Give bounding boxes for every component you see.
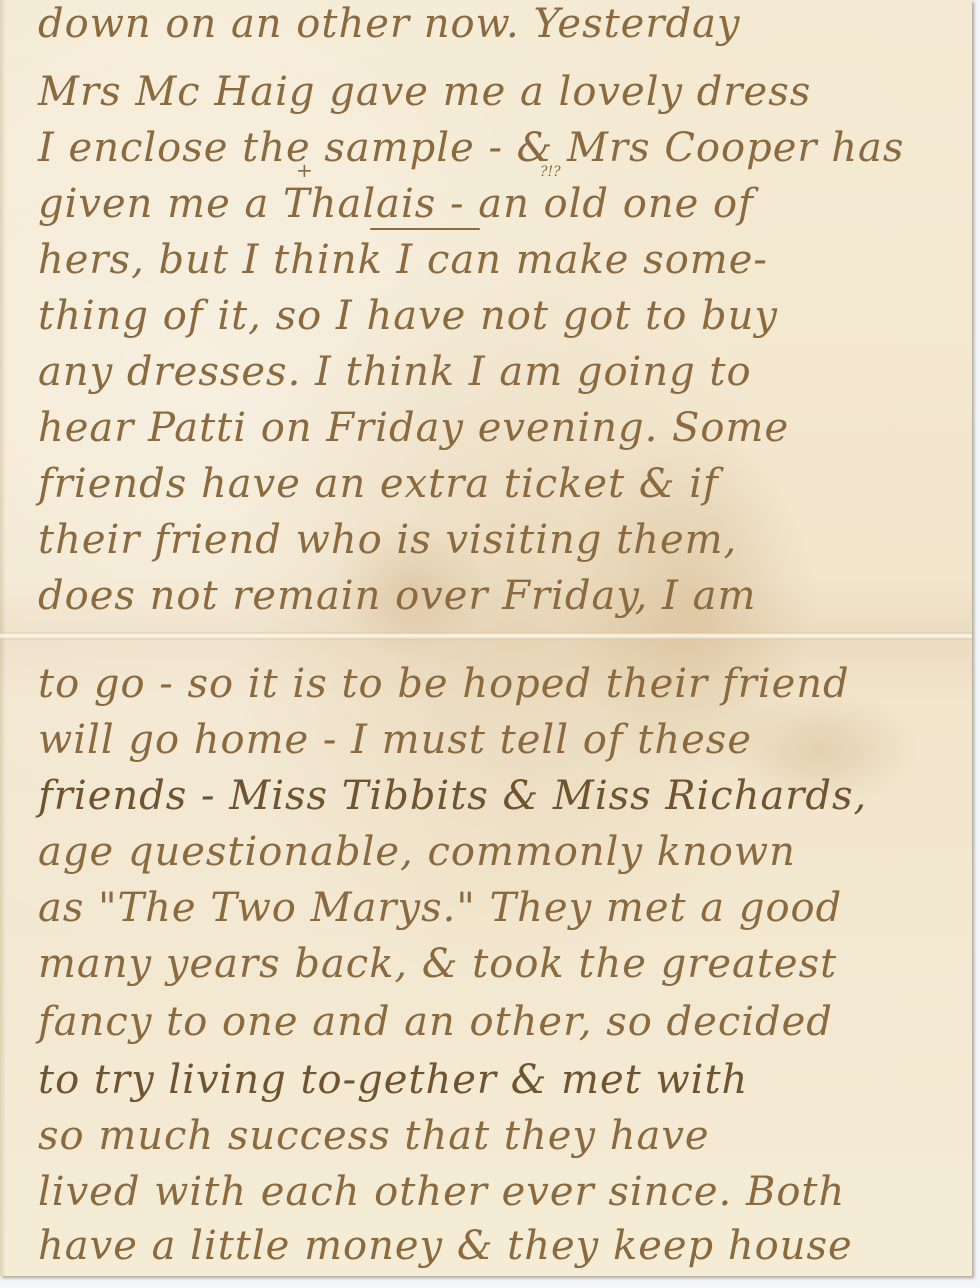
word-underline — [370, 228, 480, 230]
handwritten-line: to go - so it is to be hoped their frien… — [38, 664, 963, 704]
handwritten-line: lived with each other ever since. Both — [38, 1172, 963, 1212]
handwritten-line: so much success that they have — [38, 1116, 963, 1156]
handwritten-line: Mrs Mc Haig gave me a lovely dress — [38, 72, 963, 112]
handwritten-line: friends - Miss Tibbits & Miss Richards, — [38, 776, 963, 816]
handwritten-line: I enclose the sample - & Mrs Cooper has — [38, 128, 963, 168]
handwritten-line: hear Patti on Friday evening. Some — [38, 408, 963, 448]
handwritten-line: their friend who is visiting them, — [38, 520, 963, 560]
handwritten-line: to try living to-gether & met with — [38, 1060, 963, 1100]
handwritten-line: does not remain over Friday, I am — [38, 576, 963, 616]
marginal-note: ?!? — [540, 164, 561, 180]
handwritten-line: hers, but I think I can make some- — [38, 240, 963, 280]
paper-fold-crease — [0, 632, 972, 640]
handwritten-line: have a little money & they keep house — [38, 1226, 963, 1266]
handwritten-line: many years back, & took the greatest — [38, 944, 963, 984]
handwritten-line: any dresses. I think I am going to — [38, 352, 963, 392]
handwritten-line: fancy to one and an other, so decided — [38, 1002, 963, 1042]
handwritten-line: given me a Thalais - an old one of — [38, 184, 963, 224]
handwritten-line: friends have an extra ticket & if — [38, 464, 963, 504]
handwritten-line: thing of it, so I have not got to buy — [38, 296, 963, 336]
handwritten-line: age questionable, commonly known — [38, 832, 963, 872]
handwritten-line: will go home - I must tell of these — [38, 720, 963, 760]
handwritten-line: down on an other now. Yesterday — [38, 4, 963, 44]
insertion-mark: + — [296, 158, 313, 182]
handwritten-line: as "The Two Marys." They met a good — [38, 888, 963, 928]
letter-page: down on an other now. Yesterday Mrs Mc H… — [0, 0, 972, 1276]
